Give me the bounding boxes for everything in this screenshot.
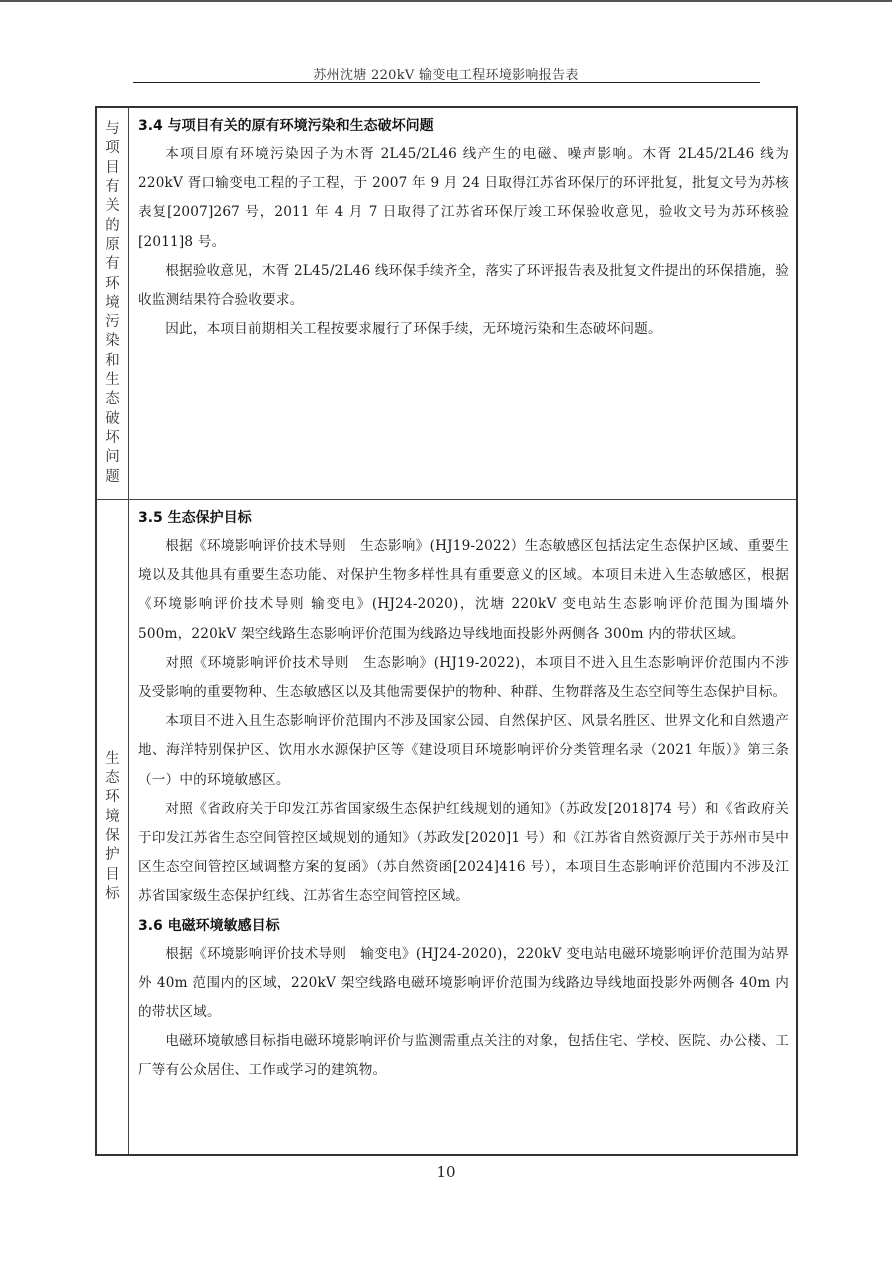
section-title-3-4: 3.4 与项目有关的原有环境污染和生态破坏问题	[138, 112, 789, 140]
row-label-char: 关	[105, 197, 120, 216]
row-label-char: 破	[105, 410, 120, 429]
section-title-3-5: 3.5 生态保护目标	[138, 504, 789, 532]
row-label-char: 保	[105, 827, 120, 846]
row-label-char: 与	[105, 120, 120, 139]
row-label-char: 污	[105, 313, 120, 332]
row-content-eco-protection-targets: 3.5 生态保护目标 根据《环境影响评价技术导则 生态影响》(HJ19-2022…	[129, 500, 796, 1154]
header-rule	[133, 82, 760, 83]
row-label-char: 护	[105, 846, 120, 865]
row-content-existing-pollution: 3.4 与项目有关的原有环境污染和生态破坏问题 本项目原有环境污染因子为木胥 2…	[129, 108, 796, 499]
row-label-char: 染	[105, 332, 120, 351]
paragraph: 本项目原有环境污染因子为木胥 2L45/2L46 线产生的电磁、噪声影响。木胥 …	[138, 140, 789, 257]
row-label-char: 有	[105, 178, 120, 197]
row-label-char: 坏	[105, 429, 120, 448]
row-label-char: 环	[105, 788, 120, 807]
paragraph: 根据《环境影响评价技术导则 生态影响》(HJ19-2022）生态敏感区包括法定生…	[138, 532, 789, 649]
paragraph: 对照《环境影响评价技术导则 生态影响》(HJ19-2022)，本项目不进入且生态…	[138, 649, 789, 707]
row-label-char: 环	[105, 275, 120, 294]
table-row-existing-pollution: 与项目有关的原有环境污染和生态破坏问题 3.4 与项目有关的原有环境污染和生态破…	[97, 108, 796, 499]
row-label-char: 和	[105, 352, 120, 371]
row-label-char: 目	[105, 159, 120, 178]
row-label-char: 态	[105, 769, 120, 788]
row-label-char: 标	[105, 885, 120, 904]
paragraph: 电磁环境敏感目标指电磁环境影响评价与监测需重点关注的对象，包括住宅、学校、医院、…	[138, 1027, 789, 1085]
row-label-existing-pollution: 与项目有关的原有环境污染和生态破坏问题	[97, 108, 129, 499]
row-label-char: 生	[105, 750, 120, 769]
row-label-char: 目	[105, 866, 120, 885]
row-label-char: 的	[105, 217, 120, 236]
row-label-char: 原	[105, 236, 120, 255]
table-row-eco-protection-targets: 生态环境保护目标 3.5 生态保护目标 根据《环境影响评价技术导则 生态影响》(…	[97, 499, 796, 1154]
row-label-char: 问	[105, 448, 120, 467]
document-header: 苏州沈塘 220kV 输变电工程环境影响报告表	[0, 64, 892, 83]
row-label-char: 有	[105, 255, 120, 274]
row-label-eco-protection-targets: 生态环境保护目标	[97, 500, 129, 1154]
paragraph: 根据《环境影响评价技术导则 输变电》(HJ24-2020)，220kV 变电站电…	[138, 940, 789, 1028]
top-border	[0, 0, 892, 2]
paragraph: 因此，本项目前期相关工程按要求履行了环保手续，无环境污染和生态破坏问题。	[138, 315, 789, 344]
row-label-char: 境	[105, 808, 120, 827]
row-label-char: 题	[105, 468, 120, 487]
page-number: 10	[0, 1163, 892, 1181]
row-label-char: 项	[105, 139, 120, 158]
paragraph: 对照《省政府关于印发江苏省国家级生态保护红线规划的通知》（苏政发[2018]74…	[138, 795, 789, 912]
paragraph: 本项目不进入且生态影响评价范围内不涉及国家公园、自然保护区、风景名胜区、世界文化…	[138, 707, 789, 795]
report-table: 与项目有关的原有环境污染和生态破坏问题 3.4 与项目有关的原有环境污染和生态破…	[95, 106, 798, 1156]
section-title-3-6: 3.6 电磁环境敏感目标	[138, 912, 789, 940]
row-label-char: 生	[105, 371, 120, 390]
row-label-char: 态	[105, 390, 120, 409]
row-label-char: 境	[105, 294, 120, 313]
paragraph: 根据验收意见，木胥 2L45/2L46 线环保手续齐全，落实了环评报告表及批复文…	[138, 257, 789, 315]
